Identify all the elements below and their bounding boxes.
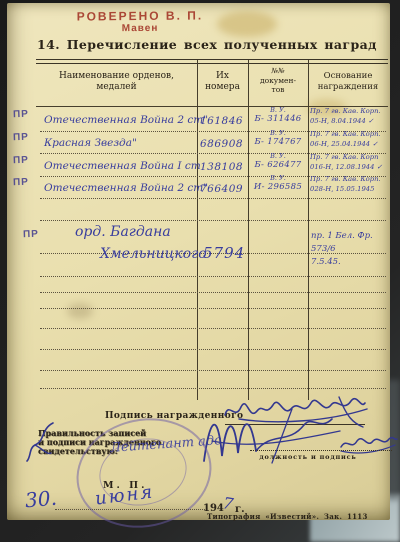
verified-stamp: РОВЕРЕНО В. П. Мавен bbox=[65, 8, 215, 34]
dotted-line bbox=[40, 276, 386, 277]
date-year-handwriting: 7 bbox=[221, 493, 234, 513]
table-row: Отечественная Война 2 ст" 161846 В. У. Б… bbox=[36, 110, 388, 131]
pr-stamp: ПР bbox=[13, 177, 29, 189]
award-document: В. У. Б- 626477 bbox=[249, 153, 307, 170]
order-name-line2: Хмельницкого bbox=[100, 246, 207, 262]
table-row: Красная Звезда" 686908 В. У. Б- 174767 П… bbox=[36, 133, 388, 154]
award-basis: Пр. 7 гв. Кав. Корп. 05-Н, 8.04.1944 ✓ bbox=[310, 107, 388, 127]
pr-stamp: ПР bbox=[13, 109, 29, 121]
verified-stamp-line2: Мавен bbox=[65, 22, 215, 34]
order-number: 5794 bbox=[203, 244, 245, 262]
date-dotted-line bbox=[55, 509, 205, 510]
award-basis: Пр. 7 гв. Кав. Корп. 06-Н, 25.04.1944 ✓ bbox=[310, 130, 388, 150]
paper-stain bbox=[217, 11, 277, 37]
awards-table: Наименование орденов, медалей Их номера … bbox=[36, 59, 388, 400]
dotted-line bbox=[40, 292, 386, 293]
ink-mark bbox=[23, 419, 58, 464]
pr-stamp: ПР bbox=[13, 132, 29, 144]
dotted-line bbox=[40, 328, 386, 329]
column-header-number: Их номера bbox=[197, 71, 248, 94]
award-name: Отечественная Война I ст bbox=[44, 160, 196, 172]
table-row: Отечественная Война 2 ст" 766409 В. У. И… bbox=[36, 178, 388, 199]
position-signature-line bbox=[250, 450, 392, 451]
award-document: В. У. Б- 174767 bbox=[249, 130, 307, 147]
column-header-documents: №№ докумен- тов bbox=[248, 67, 308, 95]
award-name: Красная Звезда" bbox=[44, 137, 196, 149]
dotted-line bbox=[40, 349, 386, 350]
award-name: Отечественная Война 2 ст" bbox=[44, 182, 196, 194]
award-basis: Пр. 7 гв. Кав. Корп 016-Н, 12.08.1944 ✓ bbox=[310, 153, 388, 173]
column-header-name: Наименование орденов, медалей bbox=[36, 71, 197, 94]
photo-frame: РОВЕРЕНО В. П. Мавен 14. Перечисление вс… bbox=[0, 0, 400, 542]
dotted-line bbox=[40, 370, 386, 371]
dotted-line bbox=[40, 308, 386, 309]
award-number: 161846 bbox=[200, 115, 246, 127]
pr-stamp: ПР bbox=[13, 155, 29, 167]
award-basis: Пр. 7 гв. Кав. Корп. 028-Н, 15.05.1945 bbox=[310, 175, 388, 195]
dotted-line bbox=[40, 220, 386, 221]
table-row: Отечественная Война I ст 138108 В. У. Б-… bbox=[36, 156, 388, 177]
verified-stamp-line1: РОВЕРЕНО В. П. bbox=[65, 8, 215, 23]
date-day-handwriting: 30. bbox=[24, 486, 58, 513]
award-name: Отечественная Война 2 ст" bbox=[44, 114, 196, 126]
section-heading: 14. Перечисление всех полученных наград bbox=[37, 37, 377, 52]
order-basis: пр. 1 Бел. Фр. 573/6 7.5.45. bbox=[311, 230, 373, 268]
order-name-line1: орд. Багдана bbox=[75, 224, 171, 240]
column-header-basis: Основание награждения bbox=[308, 71, 388, 92]
typography-imprint: Типография «Известий». Зак. 1113 bbox=[207, 512, 368, 521]
award-number: 766409 bbox=[200, 183, 246, 195]
award-document: В. У. И- 296585 bbox=[249, 175, 307, 192]
award-document: В. У. Б- 311446 bbox=[249, 107, 307, 124]
document-paper: РОВЕРЕНО В. П. Мавен 14. Перечисление вс… bbox=[7, 3, 390, 520]
award-number: 138108 bbox=[200, 161, 246, 173]
position-caption: должность и подпись bbox=[253, 453, 363, 461]
award-number: 686908 bbox=[200, 138, 246, 150]
